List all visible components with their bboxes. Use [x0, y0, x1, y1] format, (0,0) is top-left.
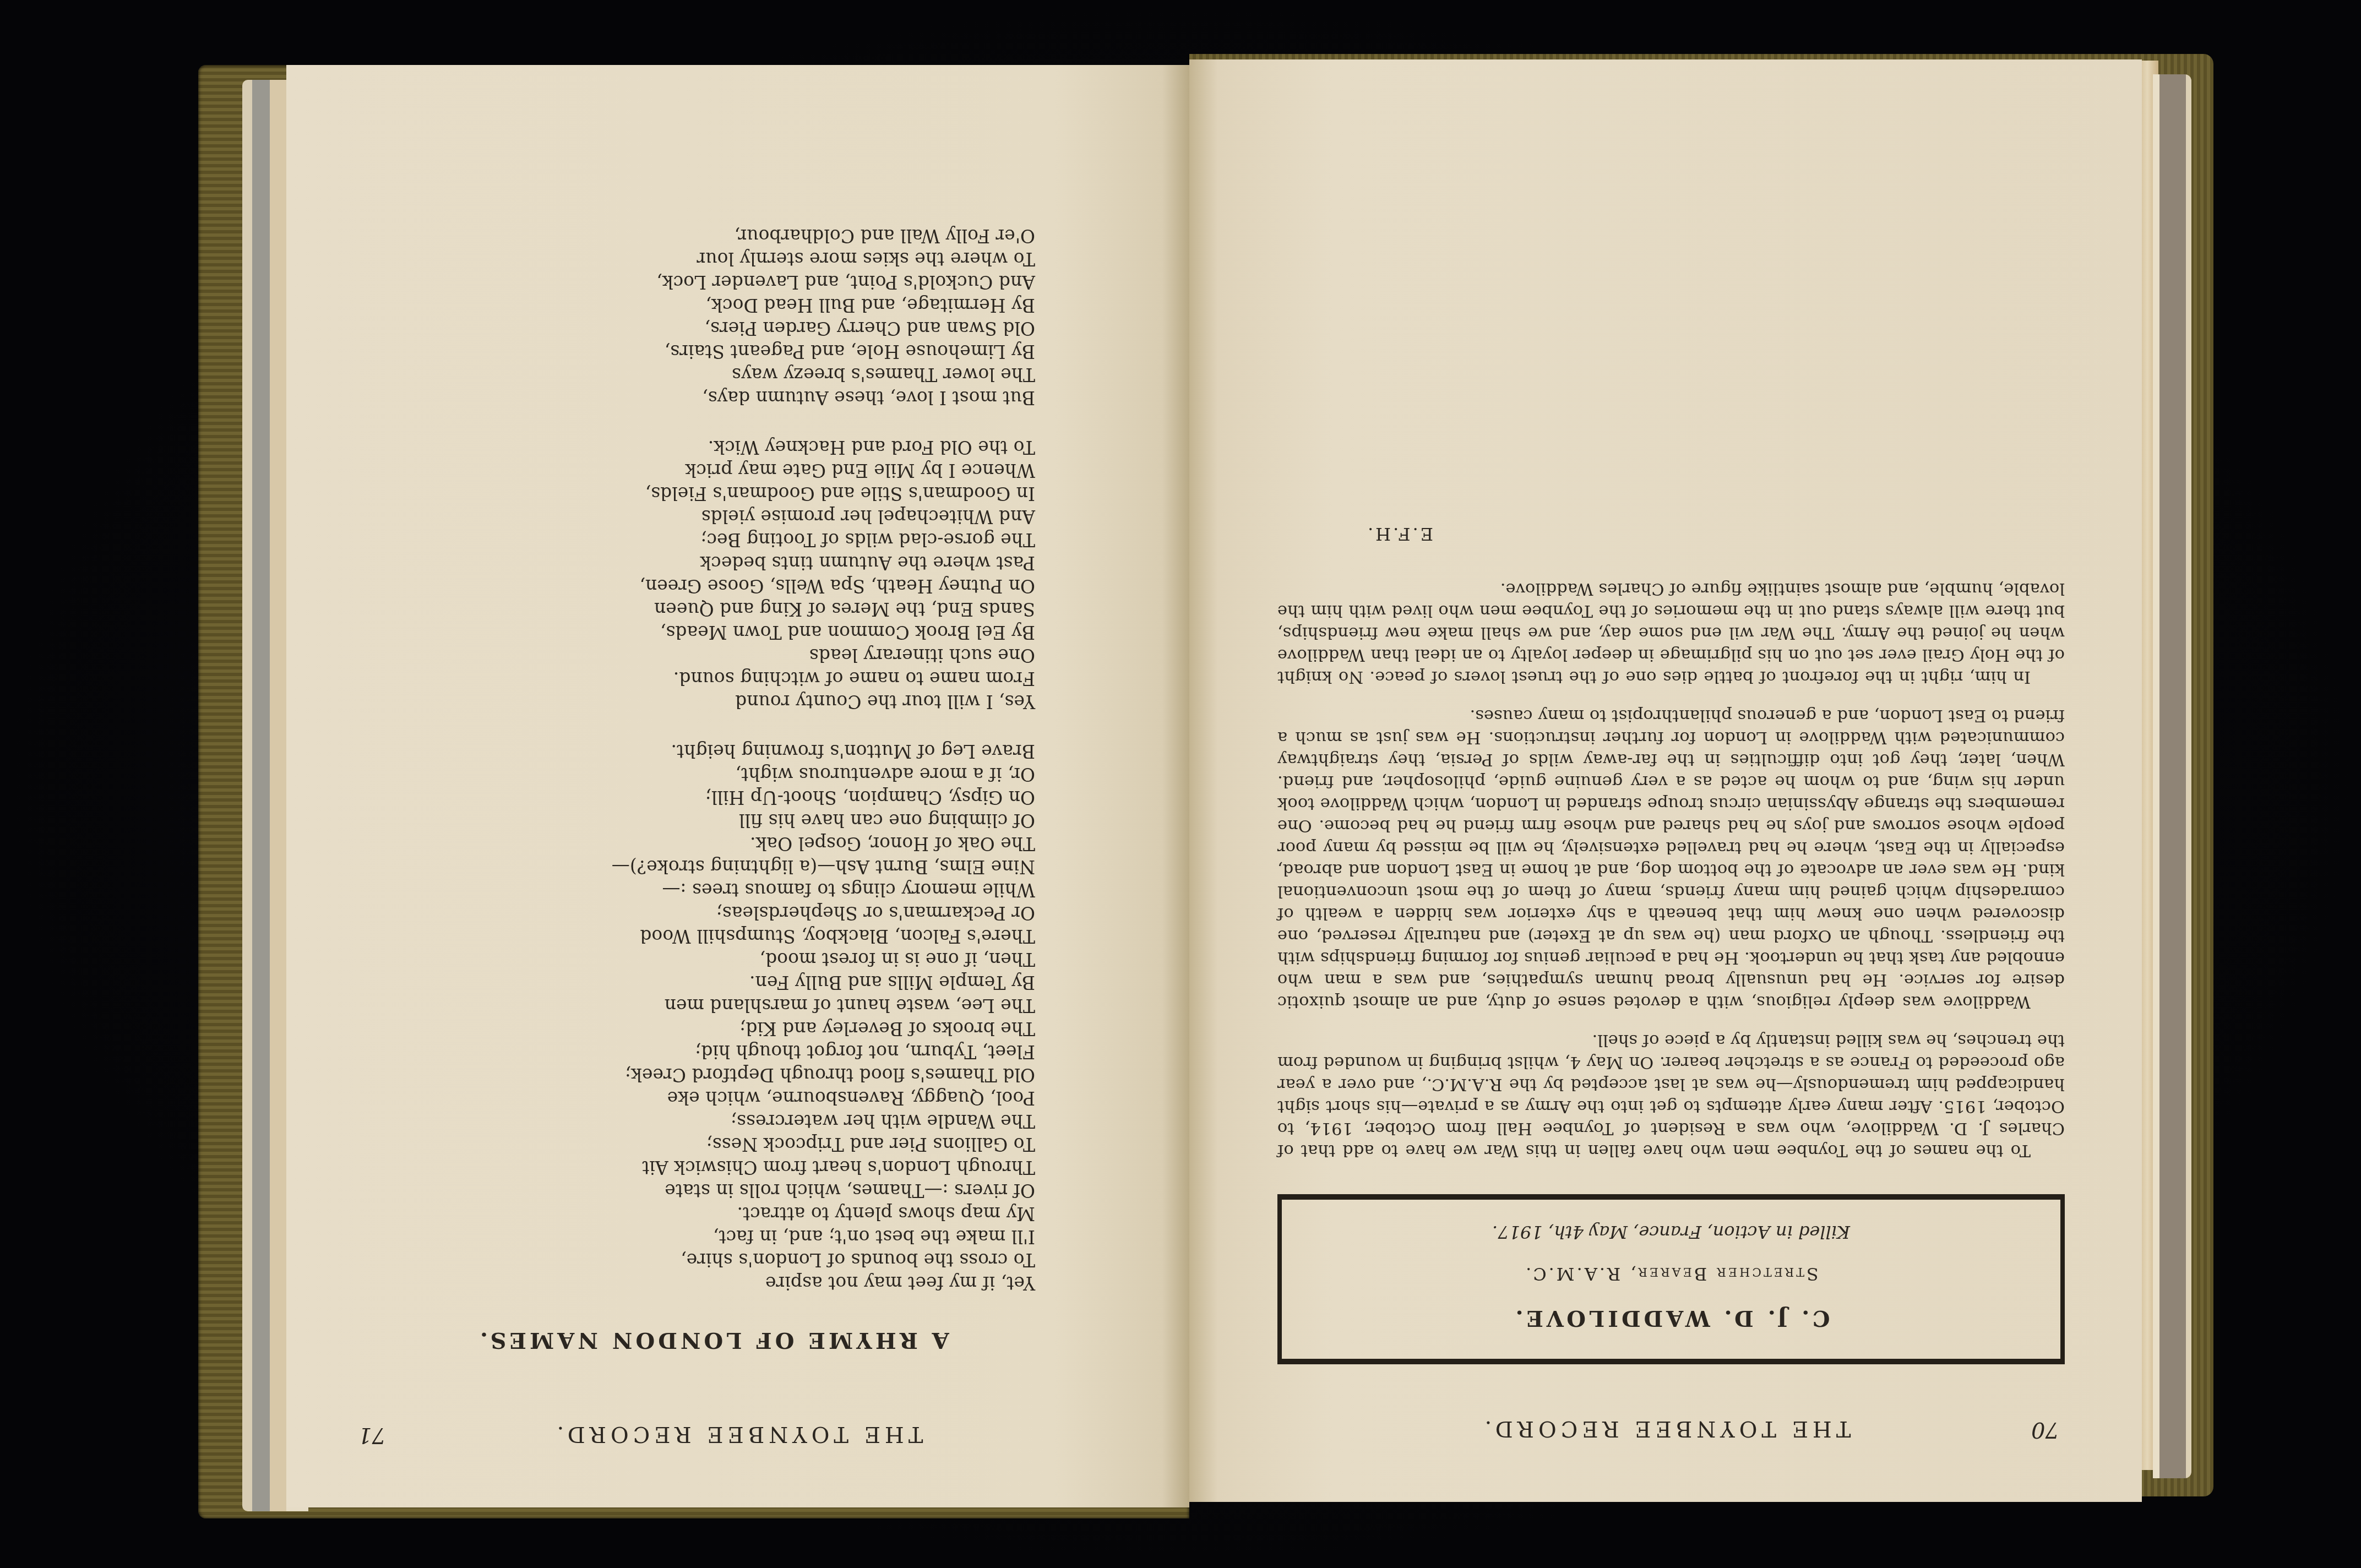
poem-verse-line: Or Peckarman's or Shepherdsleas;: [352, 901, 1035, 924]
poem-verse-line: To cross the bounds of London's shire,: [352, 1248, 1035, 1271]
book-page-70: 70 THE TOYNBEE RECORD. C. J. D. WADDILOV…: [1189, 59, 2142, 1502]
poem-verse-line: By Eel Brook Common and Town Meads,: [352, 620, 1035, 644]
poem-verse-line: Then, if one is in forest mood,: [352, 948, 1035, 971]
poem-verse-line: And Cuckold's Point, and Lavender Lock,: [352, 270, 1035, 293]
poem-verse-line: By Temple Mills and Bully Fen.: [352, 971, 1035, 994]
memorial-note: Killed in Action, France, May 4th, 1917.: [1298, 1222, 2044, 1243]
poem-verse-line: While memory clings to famous trees :—: [352, 878, 1035, 901]
poem-verse-line: The gorse-clad wilds of Tooting Bec;: [352, 528, 1035, 551]
poem-verse-line: By Hermitage, and Bull Head Dock,: [352, 293, 1035, 317]
poem-verse-line: Whence I by Mile End Gate may prick: [352, 459, 1035, 482]
poem-verse-line: To Gallions Pier and Tripcock Ness;: [352, 1133, 1035, 1156]
memorial-article: C. J. D. WADDILOVE. Stretcher Bearer, R.…: [1277, 524, 2065, 1386]
page-number: 71: [358, 1423, 386, 1448]
poem-verse-line: My map shows plenty to attract.: [352, 1202, 1035, 1225]
poem-stanza-3: But most I love, these Autumn days,The l…: [352, 224, 1035, 409]
memorial-box: C. J. D. WADDILOVE. Stretcher Bearer, R.…: [1277, 1194, 2065, 1364]
poem-verse-line: Of climbing one can have his fill: [352, 809, 1035, 832]
poem-stanza-2: Yes, I will tour the County roundFrom na…: [352, 435, 1035, 713]
poem-verse-line: Yes, I will tour the County round: [352, 690, 1035, 713]
author-signature: E.F.H.: [1277, 524, 2065, 545]
poem-verse-line: In Goodman's Stile and Goodman's Fields,: [352, 482, 1035, 505]
poem-verse-line: Sands End, the Meres of King and Queen: [352, 597, 1035, 620]
page-edges-right-outer: [2153, 74, 2191, 1478]
poem-verse-line: But most I love, these Autumn days,: [352, 386, 1035, 409]
poem-verse-line: To where the skies more sternly lour: [352, 247, 1035, 270]
poem-stanza-1: Yet, if my feet may not aspireTo cross t…: [352, 739, 1035, 1294]
memorial-name: C. J. D. WADDILOVE.: [1298, 1305, 2044, 1331]
article-paragraph: Waddilove was deeply religious, with a d…: [1277, 704, 2065, 1012]
poem-verse-line: The lower Thames's breezy ways: [352, 363, 1035, 386]
poem-verse-line: Brave Leg of Mutton's frowning height.: [352, 739, 1035, 763]
article-paragraph: In him, right in the forefront of battle…: [1277, 578, 2065, 688]
poem-verse-line: On Putney Heath, Spa Wells, Goose Green,: [352, 574, 1035, 597]
poem-verse-line: Pool, Quaggy, Ravensbourne, which eke: [352, 1086, 1035, 1109]
running-head: THE TOYNBEE RECORD.: [1189, 1416, 2142, 1441]
poem-verse-line: O'er Folly Wall and Coldharbour,: [352, 224, 1035, 247]
poem-verse-line: The Wandle with her watercress;: [352, 1109, 1035, 1133]
poem-verse-line: The Lee, waste haunt of marshland men: [352, 994, 1035, 1017]
poem-verse-line: There's Falcon, Blackboy, Stumpshill Woo…: [352, 924, 1035, 948]
poem-verse-line: One such itinerary leads: [352, 644, 1035, 667]
poem-verse-line: Past where the Autumn tints bedeck: [352, 551, 1035, 574]
poem-body: A RHYME OF LONDON NAMES. Yet, if my feet…: [352, 198, 1074, 1392]
poem-verse-line: Nine Elms, Burnt Ash—(a lightning stroke…: [352, 855, 1035, 878]
memorial-rank: Stretcher Bearer, R.A.M.C.: [1298, 1264, 2044, 1284]
poem-verse-line: Through London's heart from Chiswick Ait: [352, 1156, 1035, 1179]
poem-verse-line: By Limehouse Hole, and Pageant Stairs,: [352, 340, 1035, 363]
poem-verse-line: The Oak of Honor, Gospel Oak.: [352, 832, 1035, 855]
poem-verse-line: From name to name of witching sound.: [352, 667, 1035, 690]
poem-verse-line: Old Swan and Cherry Garden Piers,: [352, 317, 1035, 340]
poem-title: A RHYME OF LONDON NAMES.: [352, 1327, 1074, 1353]
poem-verse-line: To the Old Ford and Hackney Wick.: [352, 435, 1035, 459]
poem-verse-line: Old Thames's flood through Deptford Cree…: [352, 1063, 1035, 1086]
poem-verse-line: Fleet, Tyburn, not forgot though hid;: [352, 1040, 1035, 1063]
poem-verse-line: Of rivers :—Thames, which rolls in state: [352, 1179, 1035, 1202]
running-head: THE TOYNBEE RECORD.: [286, 1422, 1189, 1447]
poem-verse-line: Yet, if my feet may not aspire: [352, 1271, 1035, 1294]
poem-verse-line: I'll make the best on't; and, in fact,: [352, 1225, 1035, 1248]
article-paragraph: To the names of the Toynbee men who have…: [1277, 1029, 2065, 1161]
poem-verse-line: Or, if a more adventurous wight,: [352, 763, 1035, 786]
book-page-71: THE TOYNBEE RECORD. 71 A RHYME OF LONDON…: [286, 65, 1189, 1507]
poem-verse-line: The brooks of Beverley and Kid;: [352, 1017, 1035, 1040]
poem-verse-line: And Whitechapel her promise yields: [352, 505, 1035, 528]
poem-verse-line: On Gipsy, Champion, Shoot-Up Hill;: [352, 786, 1035, 809]
